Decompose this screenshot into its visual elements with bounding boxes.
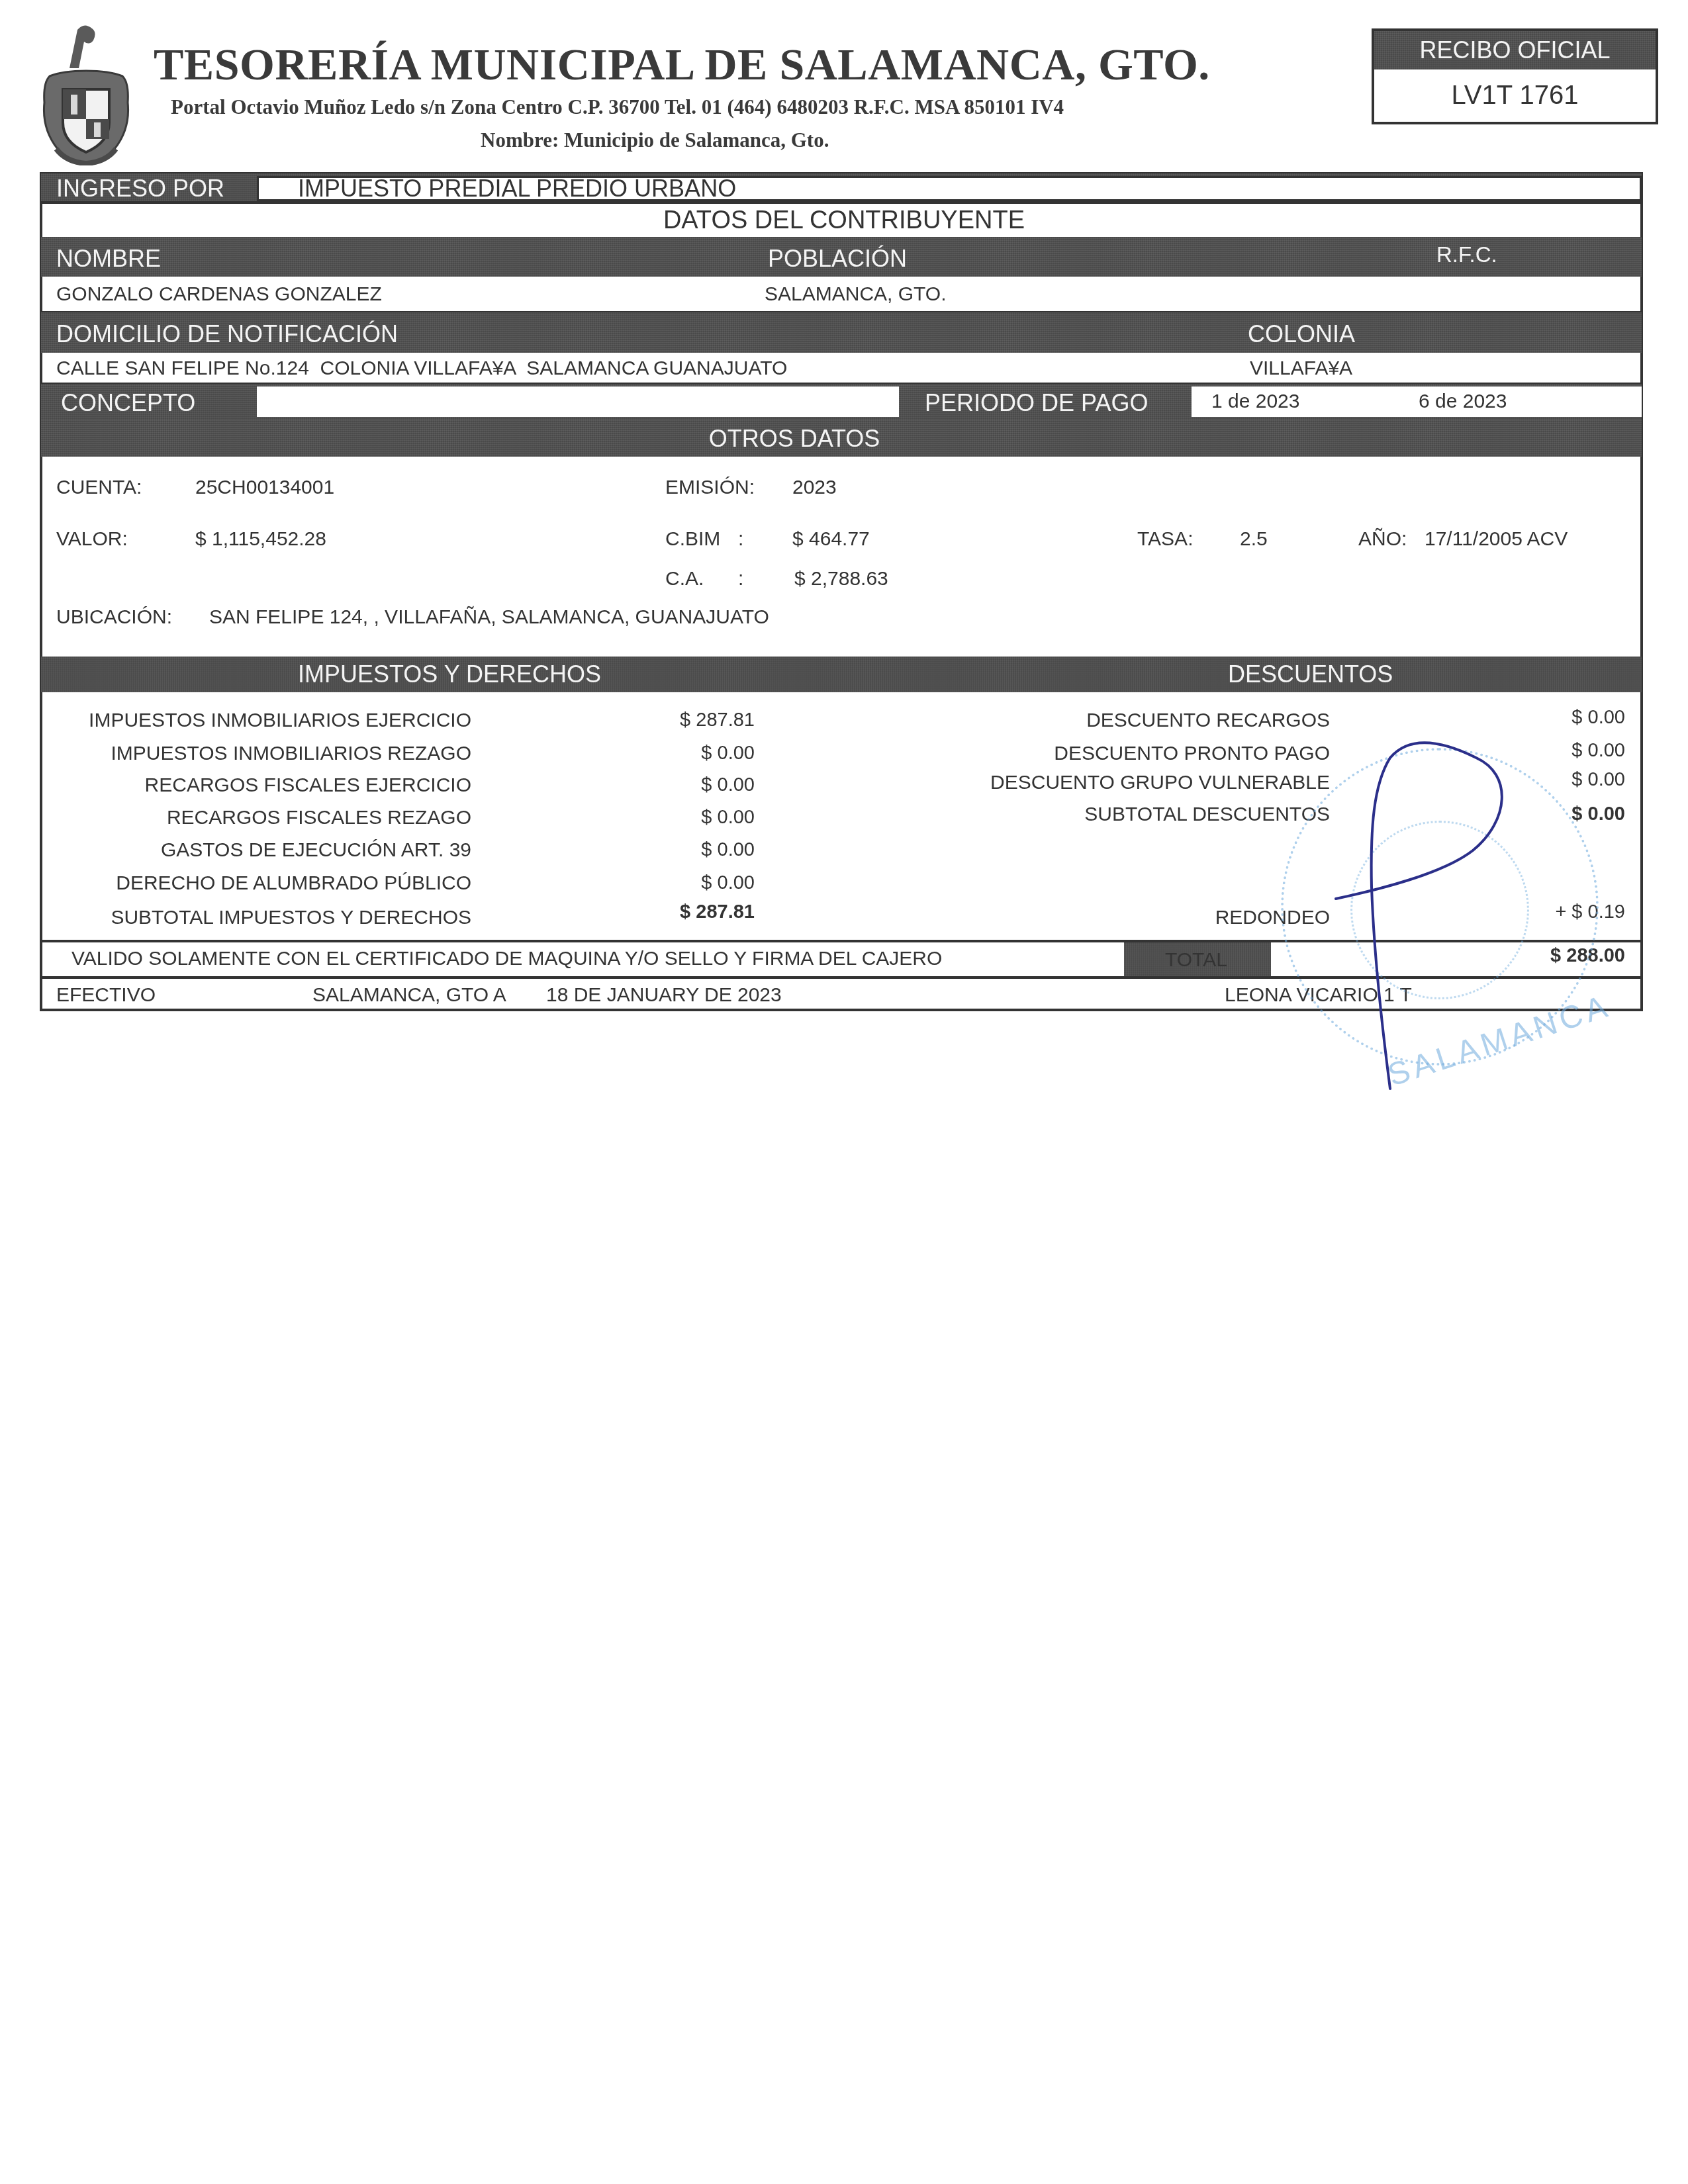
cuenta-label: CUENTA: [56, 477, 142, 499]
signature-icon [1244, 728, 1615, 1099]
impuesto-row-label: IMPUESTOS INMOBILIARIOS REZAGO [111, 743, 471, 765]
poblacion-value: SALAMANCA, GTO. [765, 283, 947, 306]
coat-of-arms-logo [36, 23, 136, 165]
tasa-value: 2.5 [1240, 528, 1268, 551]
emision-label: EMISIÓN: [665, 477, 755, 499]
colonia-value: VILLAFA¥A [1250, 357, 1352, 380]
rfc-label: R.F.C. [1436, 242, 1497, 267]
domicilio-label: DOMICILIO DE NOTIFICACIÓN [56, 320, 398, 348]
impuestos-title: IMPUESTOS Y DERECHOS [298, 660, 601, 688]
valor-value: $ 1,115,452.28 [195, 528, 326, 551]
contribuyente-section-title: DATOS DEL CONTRIBUYENTE [0, 206, 1688, 235]
coat-of-arms-icon [36, 23, 136, 165]
concepto-label: CONCEPTO [61, 389, 195, 417]
treasury-title: TESORERÍA MUNICIPAL DE SALAMANCA, GTO. [154, 38, 1210, 91]
total-label: TOTAL [1165, 949, 1227, 972]
payment-place: SALAMANCA, GTO A [312, 984, 506, 1007]
anio-label: AÑO: [1358, 528, 1407, 551]
payment-method: EFECTIVO [56, 984, 156, 1007]
ubicacion-value: SAN FELIPE 124, , VILLAFAÑA, SALAMANCA, … [209, 606, 769, 629]
impuesto-row-value: $ 0.00 [701, 743, 755, 764]
cashier-signature [1244, 728, 1615, 1099]
impuesto-row-value: $ 0.00 [701, 872, 755, 894]
impuesto-row-label: GASTOS DE EJECUCIÓN ART. 39 [161, 839, 471, 862]
descuento-row-value: $ 0.00 [1571, 707, 1625, 729]
impuestos-subtotal-value: $ 287.81 [680, 901, 755, 923]
impuestos-descuentos-header-row [41, 657, 1642, 692]
domicilio-value: CALLE SAN FELIPE No.124 COLONIA VILLAFA¥… [56, 357, 787, 380]
treasury-address: Portal Octavio Muñoz Ledo s/n Zona Centr… [171, 95, 1064, 119]
poblacion-label: POBLACIÓN [768, 245, 907, 273]
descuentos-title: DESCUENTOS [1228, 660, 1393, 688]
ingreso-label: INGRESO POR [56, 175, 224, 203]
impuesto-row-value: $ 287.81 [680, 709, 755, 731]
ingreso-value: IMPUESTO PREDIAL PREDIO URBANO [298, 175, 736, 203]
nombre-value: GONZALO CARDENAS GONZALEZ [56, 283, 382, 306]
impuesto-row-value: $ 0.00 [701, 839, 755, 861]
otros-datos-title: OTROS DATOS [0, 425, 1589, 453]
ubicacion-label: UBICACIÓN: [56, 606, 172, 629]
ca-sep: : [738, 568, 743, 590]
cbim-sep: : [738, 528, 743, 551]
impuesto-row-value: $ 0.00 [701, 774, 755, 796]
colonia-label: COLONIA [1248, 320, 1355, 348]
cbim-label: C.BIM [665, 528, 720, 551]
impuesto-row-label: DERECHO DE ALUMBRADO PÚBLICO [116, 872, 471, 895]
periodo-hasta: 6 de 2023 [1419, 390, 1507, 413]
periodo-label: PERIODO DE PAGO [925, 389, 1148, 417]
tasa-label: TASA: [1137, 528, 1193, 551]
nombre-label: NOMBRE [56, 245, 161, 273]
concepto-value-box [257, 387, 899, 417]
impuesto-row-value: $ 0.00 [701, 807, 755, 829]
periodo-desde: 1 de 2023 [1211, 390, 1299, 413]
receipt-number: LV1T 1761 [1374, 69, 1656, 122]
cuenta-value: 25CH00134001 [195, 477, 334, 499]
cbim-value: $ 464.77 [792, 528, 870, 551]
ca-label: C.A. [665, 568, 704, 590]
receipt-number-box: RECIBO OFICIAL LV1T 1761 [1372, 28, 1658, 124]
ca-value: $ 2,788.63 [794, 568, 888, 590]
receipt-label: RECIBO OFICIAL [1374, 31, 1656, 69]
treasury-name: Nombre: Municipio de Salamanca, Gto. [481, 128, 829, 152]
impuestos-subtotal-label: SUBTOTAL IMPUESTOS Y DERECHOS [111, 907, 471, 929]
validity-note: VALIDO SOLAMENTE CON EL CERTIFICADO DE M… [71, 948, 942, 970]
impuesto-row-label: RECARGOS FISCALES EJERCICIO [145, 774, 471, 797]
anio-value: 17/11/2005 ACV [1425, 528, 1568, 551]
emision-value: 2023 [792, 477, 837, 499]
valor-label: VALOR: [56, 528, 128, 551]
payment-date: 18 DE JANUARY DE 2023 [546, 984, 782, 1007]
impuesto-row-label: RECARGOS FISCALES REZAGO [167, 807, 471, 829]
impuesto-row-label: IMPUESTOS INMOBILIARIOS EJERCICIO [89, 709, 471, 732]
